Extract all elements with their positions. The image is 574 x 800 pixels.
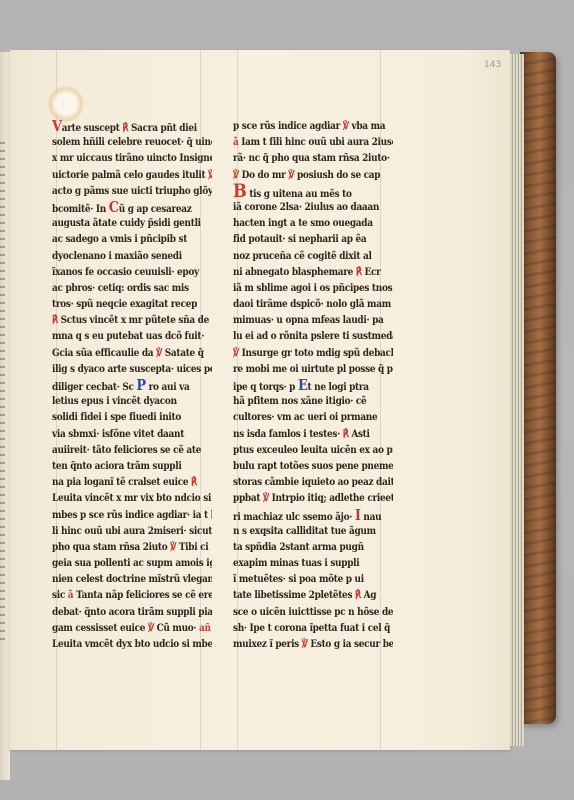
- text-segment: Satate q̃: [162, 347, 204, 359]
- text-segment: iã corone 2lsa· 2iulus ao daaan: [233, 201, 379, 213]
- text-line: n s exqsita calliditat tue ãgum: [233, 523, 393, 539]
- text-segment: ni abnegato blasphemare: [233, 266, 356, 278]
- text-segment: noz pruceña cẽ cogitẽ dixit al: [233, 250, 372, 262]
- text-segment: Tanta nãp feliciores se cẽ ere: [73, 589, 212, 601]
- rubric-mark: ℟: [52, 314, 61, 326]
- text-segment: Esto g ia secur be: [308, 638, 393, 650]
- text-segment: arte suscept: [62, 122, 120, 134]
- text-line: noz pruceña cẽ cogitẽ dixit al: [233, 248, 393, 264]
- text-line: ℣ Insurge gr toto mdig spũ debacha: [233, 345, 393, 361]
- text-segment: Sctus vincẽt x mr pũtete sña de: [61, 314, 209, 326]
- text-segment: hacten ingt a te smo ouegada: [233, 217, 373, 229]
- text-line: ri machiaz ulc ssemo ãjo· I nau: [233, 507, 393, 523]
- text-segment: solidi fidei i spe fiuedi inito: [52, 411, 181, 423]
- text-line: hã pfitem nos xãne itigio· cẽ: [233, 393, 393, 409]
- text-line: nien celest doctrine mĩstrũ vlegan: [52, 571, 212, 587]
- text-segment: nau: [361, 511, 382, 523]
- text-line: debat· q̃nto acora tirãm suppli pia lo: [52, 604, 212, 620]
- folio-number: 143: [484, 60, 501, 70]
- text-segment: ilig s dyaco arte suscepta· uices pon: [52, 363, 212, 375]
- text-line: sic ã Tanta nãp feliciores se cẽ ere: [52, 587, 212, 603]
- decorated-initial: V: [52, 118, 62, 134]
- text-segment: tis g uitena au mẽs to: [247, 188, 352, 199]
- text-line: ns isda famlos i testes· ℟ Asti: [233, 426, 393, 442]
- text-line: solidi fidei i spe fiuedi inito: [52, 409, 212, 425]
- text-segment: vba ma: [349, 120, 386, 132]
- text-line: ac sadego a vmis i pñcipib st: [52, 231, 212, 247]
- text-line: ta spñdia 2stant arma pugñ: [233, 539, 393, 555]
- text-segment: mbes p sce rũs indice agdiar· ia t h: [52, 509, 212, 521]
- text-segment: cultores· vm ac ueri oi prmane: [233, 411, 377, 423]
- text-segment: tros· spũ neqcie exagitat recep: [52, 298, 197, 310]
- text-segment: pho qua stam rñsa 2iuto: [52, 541, 170, 553]
- rubric-mark: ℟: [120, 122, 131, 134]
- facing-page-edge: [0, 52, 10, 780]
- text-segment: solem hñili celebre reuocet· q̃ uinc: [52, 136, 212, 148]
- text-line: fid potauit· si nepharii ap ẽa: [233, 231, 393, 247]
- text-segment: sh· Ipe t corona ĩpetta fuat i cel q̃ te…: [233, 622, 393, 634]
- rubric-mark: ℟: [191, 476, 197, 488]
- text-line: iã corone 2lsa· 2iulus ao daaan: [233, 199, 393, 215]
- text-segment: tate libetissime 2pletẽtes: [233, 589, 355, 601]
- text-line: augusta ãtate cuidy p̃sidi gentli: [52, 215, 212, 231]
- text-line: mna q s eu putebat uas dcõ fuit·: [52, 328, 212, 344]
- text-line: solem hñili celebre reuocet· q̃ uinc: [52, 134, 212, 150]
- text-segment: li hinc ouũ ubi aura 2miseri· sicut q̃: [52, 525, 212, 537]
- text-line: muixez ĩ peris ℣ Esto g ia secur be: [233, 636, 393, 652]
- text-line: ac pbros· cetiq: ordis sac mis: [52, 280, 212, 296]
- text-line: mimuas· u opna mfeas laudi· pa: [233, 312, 393, 328]
- text-line: tate libetissime 2pletẽtes ℟ Ag: [233, 587, 393, 603]
- text-segment: nien celest doctrine mĩstrũ vlegan: [52, 573, 212, 585]
- text-segment: sic: [52, 589, 68, 601]
- text-line: via sbmxi· isfõne vitet daant: [52, 426, 212, 442]
- text-line: ℣ Do do mr ℣ posiush do se cap: [233, 167, 393, 183]
- text-column-left: Varte suscept ℟ Sacra pñt dieisolem hñil…: [52, 118, 212, 652]
- text-line: ten q̃nto aciora trãm suppli: [52, 458, 212, 474]
- text-segment: mna q s eu putebat uas dcõ fuit·: [52, 330, 204, 342]
- text-segment: muixez ĩ peris: [233, 638, 302, 650]
- text-segment: storas cãmbie iquieto ao peaz dait: [233, 476, 393, 488]
- text-segment: letius epus i vincẽt dyacon: [52, 395, 177, 407]
- text-segment: via sbmxi· isfõne vitet daant: [52, 428, 184, 440]
- text-segment: ri machiaz ulc ssemo ãjo·: [233, 511, 355, 523]
- text-line: gam cessisset euice ℣ Cũ muo· añ: [52, 620, 212, 636]
- text-line: sh· Ipe t corona ĩpetta fuat i cel q̃ te…: [233, 620, 393, 636]
- text-segment: Ag: [361, 589, 376, 601]
- text-line: auiireit· tãto feliciores se cẽ ate: [52, 442, 212, 458]
- text-segment: re mobi me oi uirtute pl posse q̃ poss: [233, 363, 393, 375]
- text-segment: ro aui va: [146, 381, 190, 393]
- text-segment: Tibi ci: [176, 541, 208, 553]
- text-line: ni abnegato blasphemare ℟ Ecr: [233, 264, 393, 280]
- text-segment: rã· nc q̃ pho qua stam rñsa 2iuto·: [233, 152, 390, 164]
- text-segment: na pia loganĩ tẽ cralset euice: [52, 476, 191, 488]
- text-segment: ipe q torqs· p: [233, 381, 298, 393]
- text-segment: lu ei ad o rõnita pslere ti sustmeda: [233, 330, 393, 342]
- decorated-initial: P: [136, 377, 145, 393]
- text-line: geia sua pollenti ac supm amois ig: [52, 555, 212, 571]
- decorated-initial: C: [109, 199, 119, 215]
- text-segment: Insurge gr toto mdig spũ debacha: [239, 347, 393, 359]
- text-line: hacten ingt a te smo ouegada: [233, 215, 393, 231]
- text-line: rã· nc q̃ pho qua stam rñsa 2iuto·: [233, 150, 393, 166]
- decorated-initial: B: [233, 183, 247, 199]
- text-line: p sce rũs indice agdiar ℣ vba ma: [233, 118, 393, 134]
- rubric-mark: añ: [199, 622, 211, 634]
- text-line: uictorie palmã celo gaudes itulit ℣ p·: [52, 167, 212, 183]
- text-segment: bcomitẽ· In: [52, 203, 109, 215]
- text-line: Gcia sũa efficaulie da ℣ Satate q̃: [52, 345, 212, 361]
- text-line: lu ei ad o rõnita pslere ti sustmeda: [233, 328, 393, 344]
- text-line: pho qua stam rñsa 2iuto ℣ Tibi ci: [52, 539, 212, 555]
- text-line: ipe q torqs· p Et ne logi ptra: [233, 377, 393, 393]
- text-segment: t ne logi ptra: [307, 381, 368, 393]
- text-segment: Leuita vmcẽt dyx bto udcio si mbes: [52, 638, 212, 650]
- text-line: Leuita vincẽt x mr vix bto ndcio si: [52, 490, 212, 506]
- text-segment: exapim minas tuas i suppli: [233, 557, 359, 569]
- text-line: Leuita vmcẽt dyx bto udcio si mbes: [52, 636, 212, 652]
- text-segment: hã pfitem nos xãne itigio· cẽ: [233, 395, 366, 407]
- text-segment: Cũ muo·: [154, 622, 199, 634]
- text-segment: ĩxanos fe occasio ceuuisli· epoy: [52, 266, 199, 278]
- text-segment: debat· q̃nto acora tirãm suppli pia lo: [52, 606, 212, 618]
- text-line: x mr uiccaus tirãno uincto Insigne: [52, 150, 212, 166]
- text-line: ã Iam t fili hinc ouũ ubi aura 2iuse: [233, 134, 393, 150]
- text-segment: ĩ metuẽtes· si poa mõte p ui: [233, 573, 364, 585]
- text-line: ĩxanos fe occasio ceuuisli· epoy: [52, 264, 212, 280]
- text-line: na pia loganĩ tẽ cralset euice ℟: [52, 474, 212, 490]
- text-line: tros· spũ neqcie exagitat recep: [52, 296, 212, 312]
- rubric-mark: ℣: [208, 169, 212, 181]
- manuscript-page: 143 Varte suscept ℟ Sacra pñt dieisolem …: [10, 50, 510, 750]
- text-line: B tis g uitena au mẽs to: [233, 183, 393, 199]
- text-segment: bulu rapt totões suos pene pnemes: [233, 460, 393, 472]
- text-line: exapim minas tuas i suppli: [233, 555, 393, 571]
- text-line: li hinc ouũ ubi aura 2miseri· sicut q̃: [52, 523, 212, 539]
- text-line: sce o uicẽn iuicttisse pc n hõse decta: [233, 604, 393, 620]
- text-line: ppbat ℣ Intrpio itiq; adlethe crieet f: [233, 490, 393, 506]
- text-segment: iã m sblime agoi i os pñcipes tnos sclõ: [233, 282, 393, 294]
- text-line: bcomitẽ· In Cũ g ap cesareaz: [52, 199, 212, 215]
- text-line: dyoclenano i maxião senedi: [52, 248, 212, 264]
- text-line: Varte suscept ℟ Sacra pñt diei: [52, 118, 212, 134]
- text-segment: Do do mr: [239, 169, 289, 181]
- text-segment: ptus exceuleo leuita uicẽn ex ao pro: [233, 444, 393, 456]
- text-line: ĩ metuẽtes· si poa mõte p ui: [233, 571, 393, 587]
- text-segment: daoi tirãme dspicõ· nolo glã mam: [233, 298, 391, 310]
- text-line: bulu rapt totões suos pene pnemes: [233, 458, 393, 474]
- text-segment: diliger cecbat· Sc: [52, 381, 136, 393]
- text-line: ilig s dyaco arte suscepta· uices pon: [52, 361, 212, 377]
- text-segment: gam cessisset euice: [52, 622, 148, 634]
- text-segment: ten q̃nto aciora trãm suppli: [52, 460, 181, 472]
- decorated-initial: E: [298, 377, 308, 393]
- text-line: cultores· vm ac ueri oi prmane: [233, 409, 393, 425]
- text-line: ptus exceuleo leuita uicẽn ex ao pro: [233, 442, 393, 458]
- text-segment: Iam t fili hinc ouũ ubi aura 2iuse: [238, 136, 392, 148]
- text-column-right: p sce rũs indice agdiar ℣ vba maã Iam t …: [233, 118, 393, 652]
- text-segment: x mr uiccaus tirãno uincto Insigne: [52, 152, 212, 164]
- text-segment: sce o uicẽn iuicttisse pc n hõse decta: [233, 606, 393, 618]
- text-segment: ac pbros· cetiq: ordis sac mis: [52, 282, 189, 294]
- text-line: daoi tirãme dspicõ· nolo glã mam: [233, 296, 393, 312]
- text-segment: uictorie palmã celo gaudes itulit: [52, 169, 208, 181]
- text-segment: dyoclenano i maxião senedi: [52, 250, 182, 262]
- text-segment: Leuita vincẽt x mr vix bto ndcio si: [52, 492, 211, 504]
- facing-page-text: [0, 142, 5, 642]
- text-segment: Ecr: [362, 266, 381, 278]
- text-line: storas cãmbie iquieto ao peaz dait: [233, 474, 393, 490]
- text-line: diliger cecbat· Sc P ro aui va: [52, 377, 212, 393]
- text-line: acto g pãms sue uicti triupho glõy cen: [52, 183, 212, 199]
- text-segment: augusta ãtate cuidy p̃sidi gentli: [52, 217, 201, 229]
- text-line: ℟ Sctus vincẽt x mr pũtete sña de: [52, 312, 212, 328]
- text-line: letius epus i vincẽt dyacon: [52, 393, 212, 409]
- text-segment: Sacra pñt diei: [131, 122, 197, 134]
- text-segment: acto g pãms sue uicti triupho glõy cen: [52, 185, 212, 197]
- text-segment: Intrpio itiq; adlethe crieet f: [269, 492, 393, 504]
- text-segment: n s exqsita calliditat tue ãgum: [233, 525, 376, 537]
- text-segment: posiush do se cap: [294, 169, 380, 181]
- text-segment: ns isda famlos i testes·: [233, 428, 343, 440]
- text-line: mbes p sce rũs indice agdiar· ia t h: [52, 507, 212, 523]
- text-segment: auiireit· tãto feliciores se cẽ ate: [52, 444, 201, 456]
- parchment-hole: [48, 86, 84, 122]
- text-line: iã m sblime agoi i os pñcipes tnos sclõ: [233, 280, 393, 296]
- text-segment: mimuas· u opna mfeas laudi· pa: [233, 314, 384, 326]
- text-segment: Asti: [349, 428, 370, 440]
- text-segment: ppbat: [233, 492, 263, 504]
- text-segment: Gcia sũa efficaulie da: [52, 347, 156, 359]
- leather-cover: [520, 52, 556, 724]
- text-line: re mobi me oi uirtute pl posse q̃ poss: [233, 361, 393, 377]
- text-segment: ac sadego a vmis i pñcipib st: [52, 233, 187, 245]
- text-segment: ũ g ap cesareaz: [119, 203, 192, 215]
- text-segment: p sce rũs indice agdiar: [233, 120, 343, 132]
- text-segment: fid potauit· si nepharii ap ẽa: [233, 233, 366, 245]
- text-segment: geia sua pollenti ac supm amois ig: [52, 557, 212, 569]
- page-block-edges: [508, 54, 524, 746]
- text-segment: ta spñdia 2stant arma pugñ: [233, 541, 364, 553]
